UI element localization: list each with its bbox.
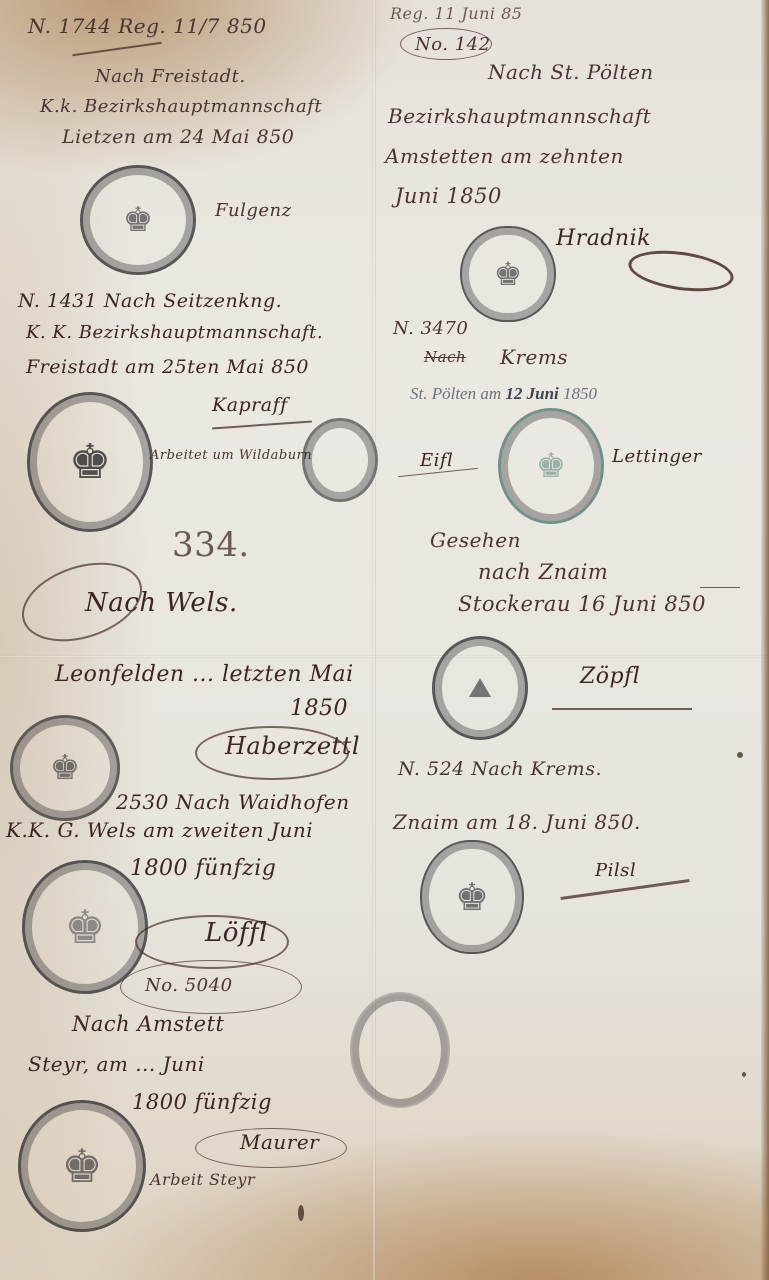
entry-line: Krems bbox=[500, 345, 568, 369]
entry-line: 2530 Nach Waidhofen bbox=[116, 790, 350, 814]
entry-line: 1800 fünfzig bbox=[132, 1090, 272, 1114]
double-eagle-icon: ♚ bbox=[536, 449, 566, 483]
mariazell-seal-stamp: ♚ bbox=[460, 226, 556, 322]
entry-line: Freistadt am 25ten Mai 850 bbox=[26, 356, 309, 378]
signature: Kapraff bbox=[212, 394, 288, 416]
entry-line: 1800 fünfzig bbox=[130, 856, 276, 881]
entry-line: Znaim am 18. Juni 850. bbox=[393, 810, 641, 834]
entry-line: Leonfelden ... letzten Mai bbox=[55, 662, 354, 687]
signature: Maurer bbox=[240, 1130, 319, 1154]
underline bbox=[700, 587, 740, 588]
round-stamp bbox=[302, 418, 378, 502]
entry-line: Juni 1850 bbox=[395, 184, 502, 208]
flourish bbox=[626, 245, 736, 297]
entry-line: K.K. G. Wels am zweiten Juni bbox=[6, 818, 313, 842]
signature: Fulgenz bbox=[215, 200, 292, 221]
underline bbox=[72, 42, 161, 57]
znaim-seal-stamp: ♚ bbox=[420, 840, 524, 954]
horizontal-fold bbox=[0, 655, 769, 658]
entry-header-line: N. 1744 Reg. 11/7 850 bbox=[28, 14, 267, 38]
entry-line: Amstetten am zehnten bbox=[385, 144, 624, 168]
town-emblem-icon: ⛰ bbox=[468, 674, 492, 702]
entry-line: K. K. Bezirkshauptmannschaft. bbox=[26, 322, 323, 343]
stamp-date: 12 Juni bbox=[505, 384, 558, 403]
entry-note: Arbeit Steyr bbox=[150, 1170, 255, 1189]
underline bbox=[552, 708, 692, 710]
entry-number: N. 3470 bbox=[393, 318, 468, 339]
signature: Löffl bbox=[205, 918, 268, 948]
flourish bbox=[120, 960, 302, 1014]
town-seal-stamp: ⛰ bbox=[432, 636, 528, 740]
struck-word: Nach bbox=[424, 348, 466, 366]
entry-line: Gesehen bbox=[430, 528, 521, 552]
stamp-place: St. Pölten am bbox=[410, 384, 501, 403]
signature: Lettinger bbox=[612, 446, 702, 467]
double-eagle-icon: ♚ bbox=[50, 751, 80, 785]
double-eagle-icon: ♚ bbox=[64, 904, 105, 950]
entry-line: Nach St. Pölten bbox=[488, 60, 654, 84]
faded-seal-stamp bbox=[350, 992, 450, 1108]
ink-dot bbox=[742, 1072, 746, 1077]
underline bbox=[212, 421, 312, 430]
st-poelten-seal-stamp: ♚ bbox=[498, 408, 604, 524]
signature: Hradnik bbox=[556, 226, 651, 251]
entry-header-line: Reg. 11 Juni 85 bbox=[390, 4, 522, 23]
steyr-seal-stamp: ♚ bbox=[18, 1100, 146, 1232]
entry-note: Arbeitet um Wildaburn bbox=[150, 448, 312, 463]
signature: Zöpfl bbox=[580, 664, 640, 689]
double-eagle-icon: ♚ bbox=[61, 1143, 102, 1189]
entry-line: Nach Amstett bbox=[72, 1012, 224, 1036]
entry-line: Nach Wels. bbox=[85, 588, 238, 618]
signature: Eifl bbox=[420, 450, 453, 471]
entry-line: N. 524 Nach Krems. bbox=[398, 758, 602, 780]
entry-line: nach Znaim bbox=[478, 560, 608, 584]
ink-dot bbox=[737, 752, 743, 758]
signature: Haberzettl bbox=[225, 732, 360, 760]
signature: Pilsl bbox=[595, 860, 636, 881]
entry-number: 334. bbox=[172, 525, 250, 565]
double-eagle-icon: ♚ bbox=[123, 203, 153, 237]
stamp-year: 1850 bbox=[563, 384, 597, 403]
entry-line: K.k. Bezirkshauptmannschaft bbox=[40, 96, 322, 117]
round-seal-stamp: ♚ bbox=[10, 715, 120, 821]
document-page: N. 1744 Reg. 11/7 850 Nach Freistadt. K.… bbox=[0, 0, 769, 1280]
double-eagle-icon: ♚ bbox=[455, 878, 489, 916]
freistadt-seal-stamp: ♚ bbox=[27, 392, 153, 532]
entry-line: Nach Freistadt. bbox=[95, 66, 246, 87]
underline bbox=[560, 879, 689, 900]
entry-number: No. 142 bbox=[415, 34, 491, 55]
entry-line: Bezirkshauptmannschaft bbox=[388, 104, 651, 128]
official-seal-stamp: ♚ bbox=[80, 165, 196, 275]
entry-line: N. 1431 Nach Seitzenkng. bbox=[18, 290, 282, 312]
double-eagle-icon: ♚ bbox=[494, 258, 523, 290]
entry-line: Lietzen am 24 Mai 850 bbox=[62, 126, 294, 148]
double-eagle-icon: ♚ bbox=[68, 438, 111, 486]
printed-date-stamp: St. Pölten am 12 Juni 1850 bbox=[410, 384, 597, 404]
entry-line: 1850 bbox=[290, 696, 348, 721]
page-edge bbox=[761, 0, 769, 1280]
entry-line: Stockerau 16 Juni 850 bbox=[458, 592, 706, 616]
ink-blot bbox=[298, 1205, 304, 1221]
entry-line: Steyr, am ... Juni bbox=[28, 1052, 205, 1076]
